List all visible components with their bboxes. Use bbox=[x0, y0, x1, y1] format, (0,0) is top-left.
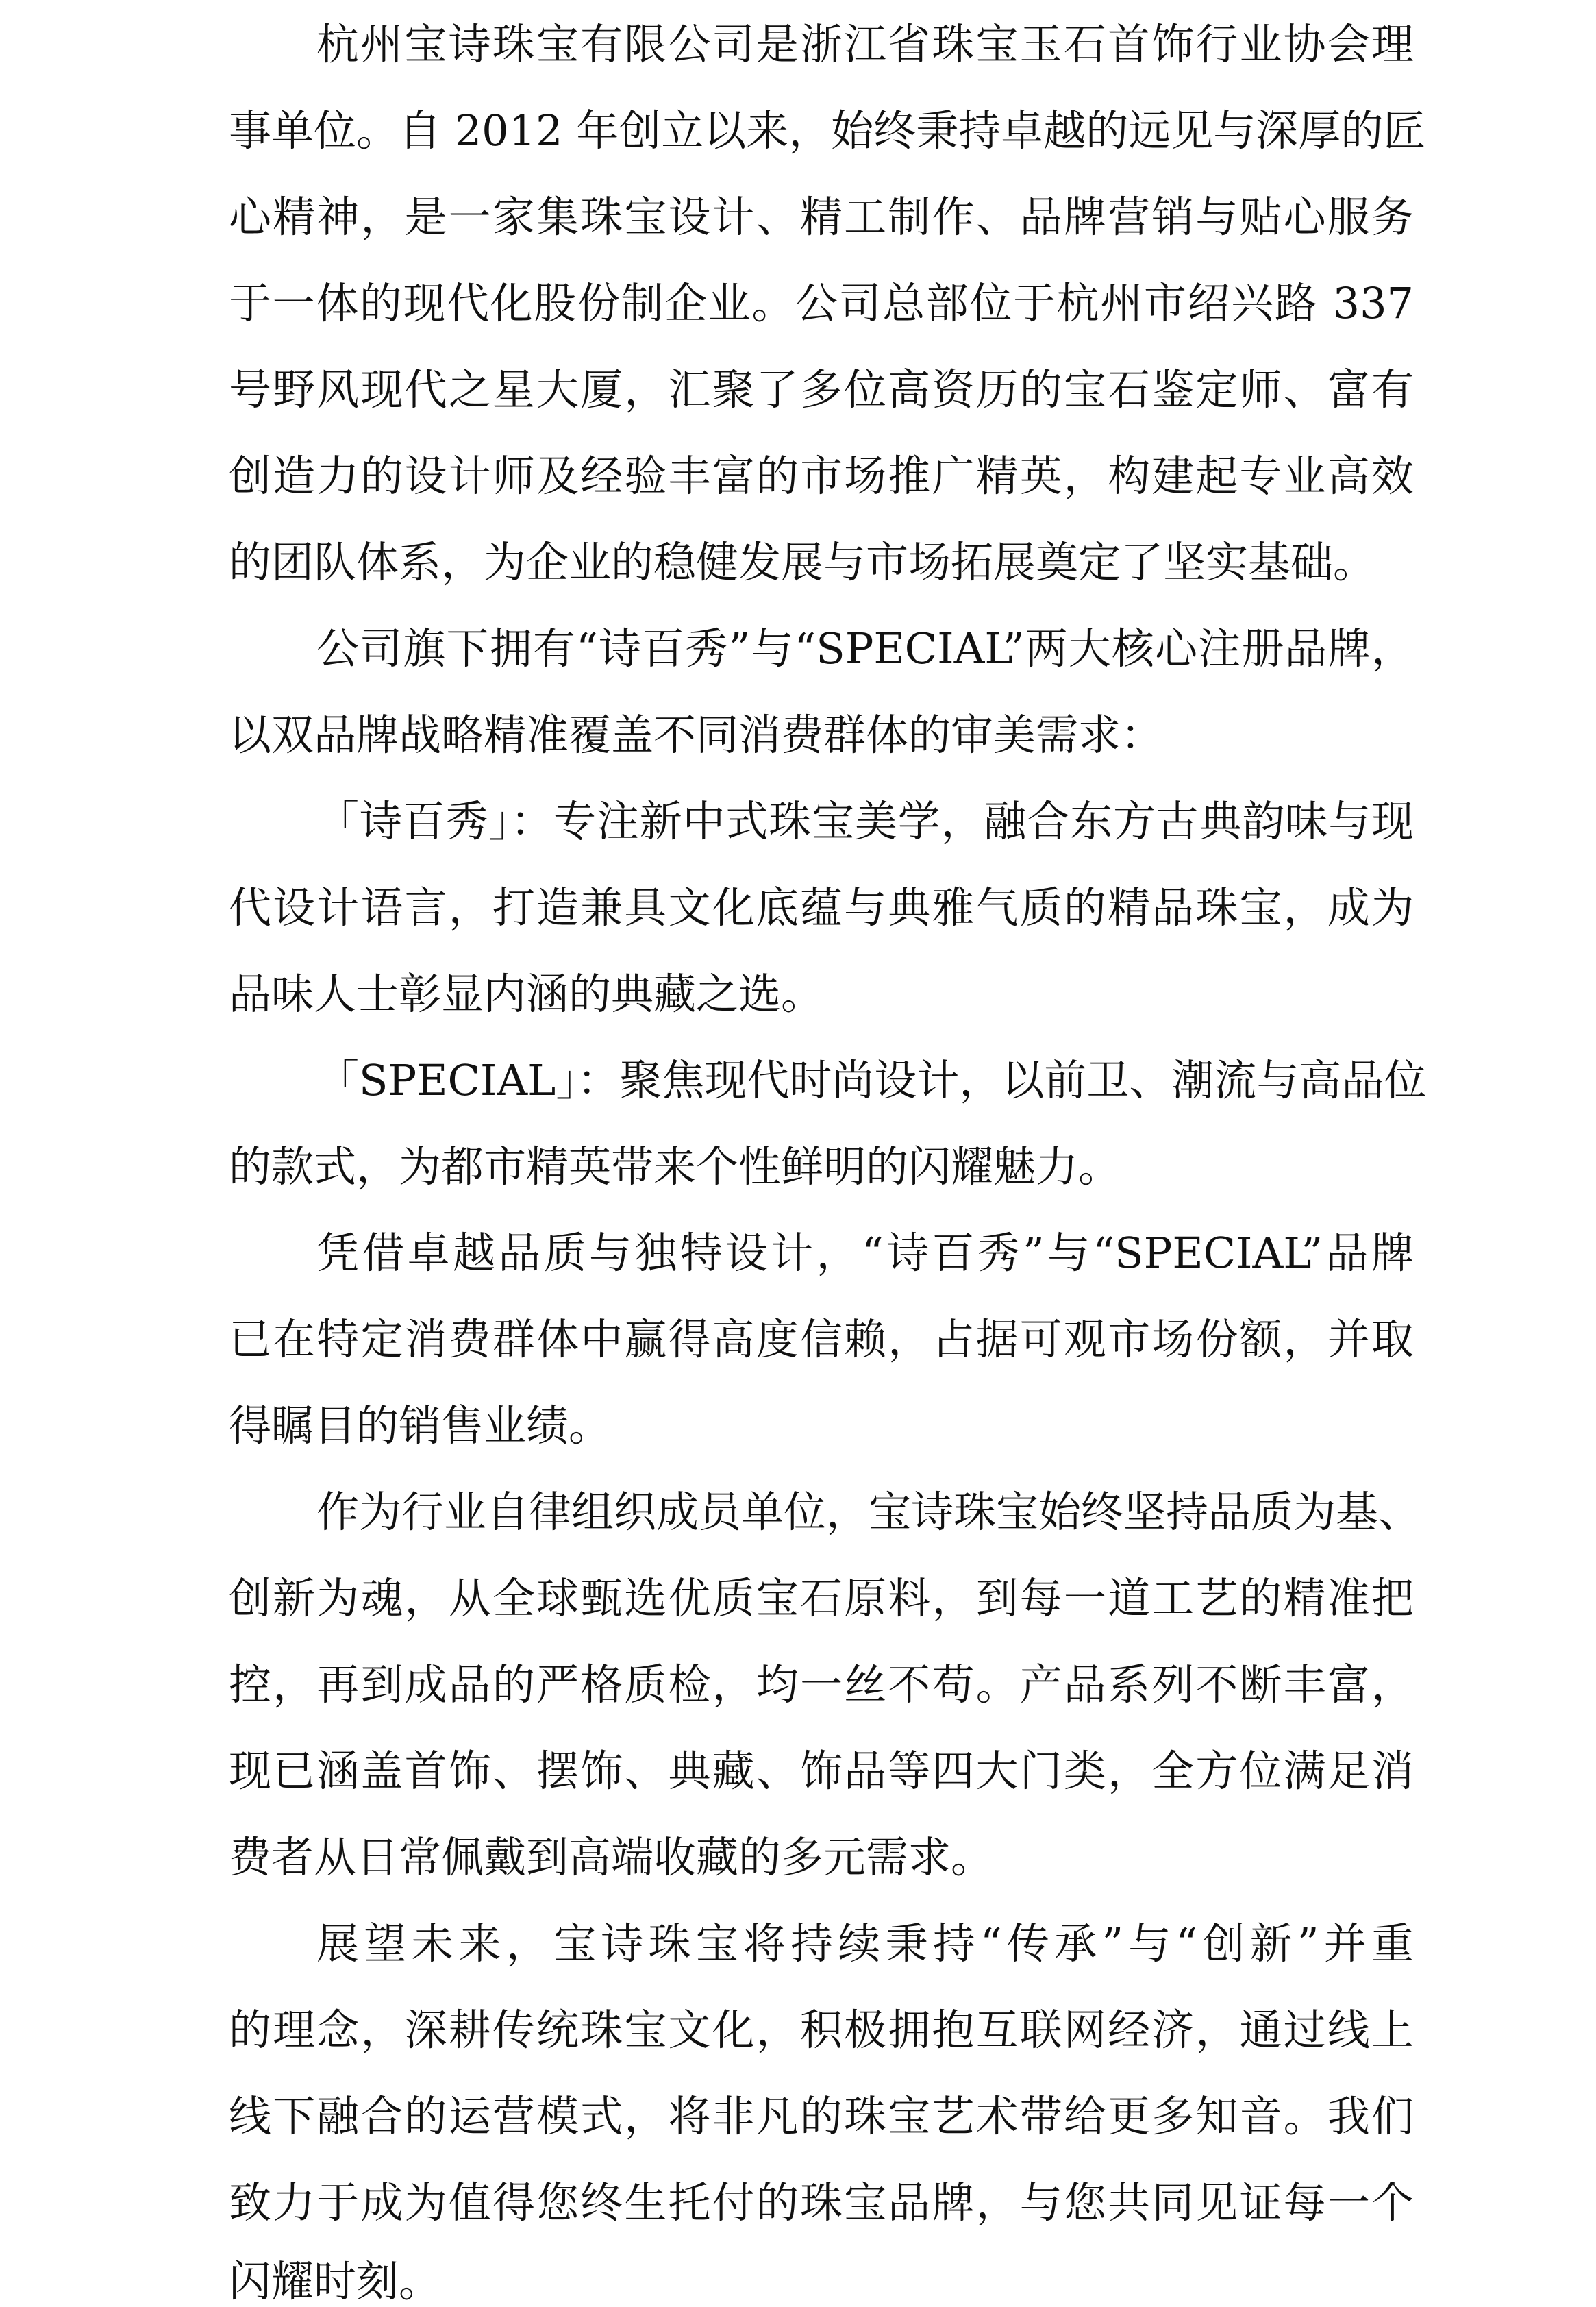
paragraph-5-line-3: 得瞩目的销售业绩。 bbox=[229, 1398, 1414, 1453]
paragraph-6-line-1: 作为行业自律组织成员单位，宝诗珠宝始终坚持品质为基、 bbox=[316, 1485, 1414, 1540]
paragraph-4-line-1: 「SPECIAL」：聚焦现代时尚设计，以前卫、潮流与高品位 bbox=[316, 1053, 1414, 1108]
paragraph-1-line-7: 的团队体系，为企业的稳健发展与市场拓展奠定了坚实基础。 bbox=[229, 535, 1414, 590]
paragraph-2-line-1: 公司旗下拥有“诗百秀”与“SPECIAL”两大核心注册品牌， bbox=[316, 621, 1414, 676]
paragraph-3-line-3: 品味人士彰显内涵的典藏之选。 bbox=[229, 967, 1414, 1022]
paragraph-7-line-5: 闪耀时刻。 bbox=[229, 2254, 1414, 2307]
paragraph-1-line-5: 号野风现代之星大厦，汇聚了多位高资历的宝石鉴定师、富有 bbox=[229, 362, 1414, 417]
paragraph-1-line-1: 杭州宝诗珠宝有限公司是浙江省珠宝玉石首饰行业协会理 bbox=[316, 17, 1414, 72]
paragraph-2-line-2: 以双品牌战略精准覆盖不同消费群体的审美需求： bbox=[229, 708, 1414, 763]
paragraph-6-line-2: 创新为魂，从全球甄选优质宝石原料，到每一道工艺的精准把 bbox=[229, 1571, 1414, 1626]
paragraph-1-line-6: 创造力的设计师及经验丰富的市场推广精英，构建起专业高效 bbox=[229, 449, 1414, 504]
paragraph-1-line-3: 心精神，是一家集珠宝设计、精工制作、品牌营销与贴心服务 bbox=[229, 190, 1414, 245]
paragraph-7-line-4: 致力于成为值得您终生托付的珠宝品牌，与您共同见证每一个 bbox=[229, 2175, 1414, 2230]
paragraph-6-line-3: 控，再到成品的严格质检，均一丝不苟。产品系列不断丰富， bbox=[229, 1657, 1414, 1712]
paragraph-6-line-4: 现已涵盖首饰、摆饰、典藏、饰品等四大门类，全方位满足消 bbox=[229, 1744, 1414, 1799]
paragraph-3-line-2: 代设计语言，打造兼具文化底蕴与典雅气质的精品珠宝，成为 bbox=[229, 880, 1414, 935]
document-page: 杭州宝诗珠宝有限公司是浙江省珠宝玉石首饰行业协会理 事单位。自 2012 年创立… bbox=[0, 0, 1596, 2307]
paragraph-1-line-4: 于一体的现代化股份制企业。公司总部位于杭州市绍兴路 337 bbox=[229, 276, 1414, 331]
paragraph-4-line-2: 的款式，为都市精英带来个性鲜明的闪耀魅力。 bbox=[229, 1139, 1414, 1194]
paragraph-6-line-5: 费者从日常佩戴到高端收藏的多元需求。 bbox=[229, 1830, 1414, 1885]
paragraph-1-line-2: 事单位。自 2012 年创立以来，始终秉持卓越的远见与深厚的匠 bbox=[229, 103, 1414, 158]
paragraph-5-line-1: 凭借卓越品质与独特设计，“诗百秀”与“SPECIAL”品牌 bbox=[316, 1226, 1414, 1281]
paragraph-5-line-2: 已在特定消费群体中赢得高度信赖，占据可观市场份额，并取 bbox=[229, 1312, 1414, 1367]
paragraph-7-line-3: 线下融合的运营模式，将非凡的珠宝艺术带给更多知音。我们 bbox=[229, 2089, 1414, 2144]
paragraph-7-line-1: 展望未来，宝诗珠宝将持续秉持“传承”与“创新”并重 bbox=[316, 1916, 1414, 1971]
paragraph-3-line-1: 「诗百秀」：专注新中式珠宝美学，融合东方古典韵味与现 bbox=[316, 794, 1414, 849]
paragraph-7-line-2: 的理念，深耕传统珠宝文化，积极拥抱互联网经济，通过线上 bbox=[229, 2003, 1414, 2058]
